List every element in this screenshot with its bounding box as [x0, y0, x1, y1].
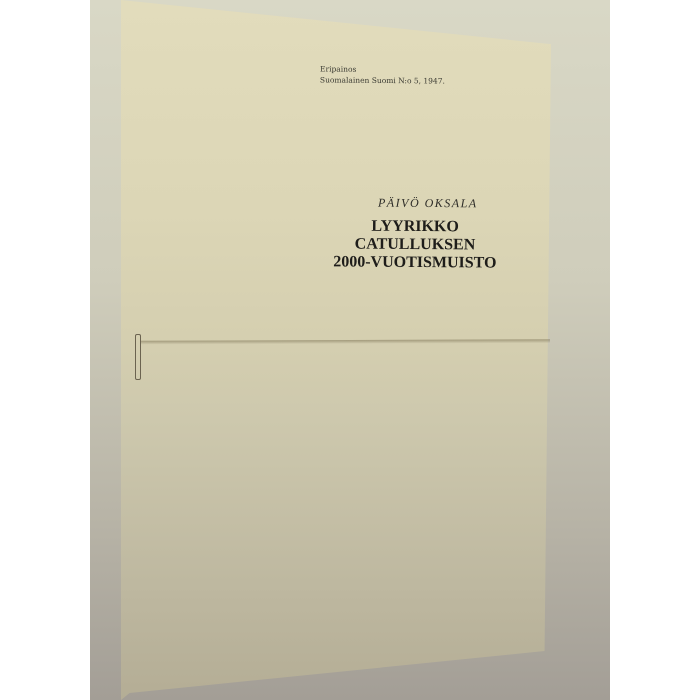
document-title: LYYRIKKO CATULLUKSEN 2000-VUOTISMUISTO	[320, 217, 510, 272]
offprint-line-2: Suomalainen Suomi N:o 5, 1947.	[320, 74, 445, 86]
author-name: PÄIVÖ OKSALA	[378, 196, 478, 212]
staple	[135, 334, 141, 380]
title-line-1: LYYRIKKO CATULLUKSEN	[320, 217, 510, 254]
offprint-note: Eripainos Suomalainen Suomi N:o 5, 1947.	[320, 63, 445, 86]
booklet-cover	[121, 0, 551, 700]
title-line-2: 2000-VUOTISMUISTO	[320, 253, 510, 272]
